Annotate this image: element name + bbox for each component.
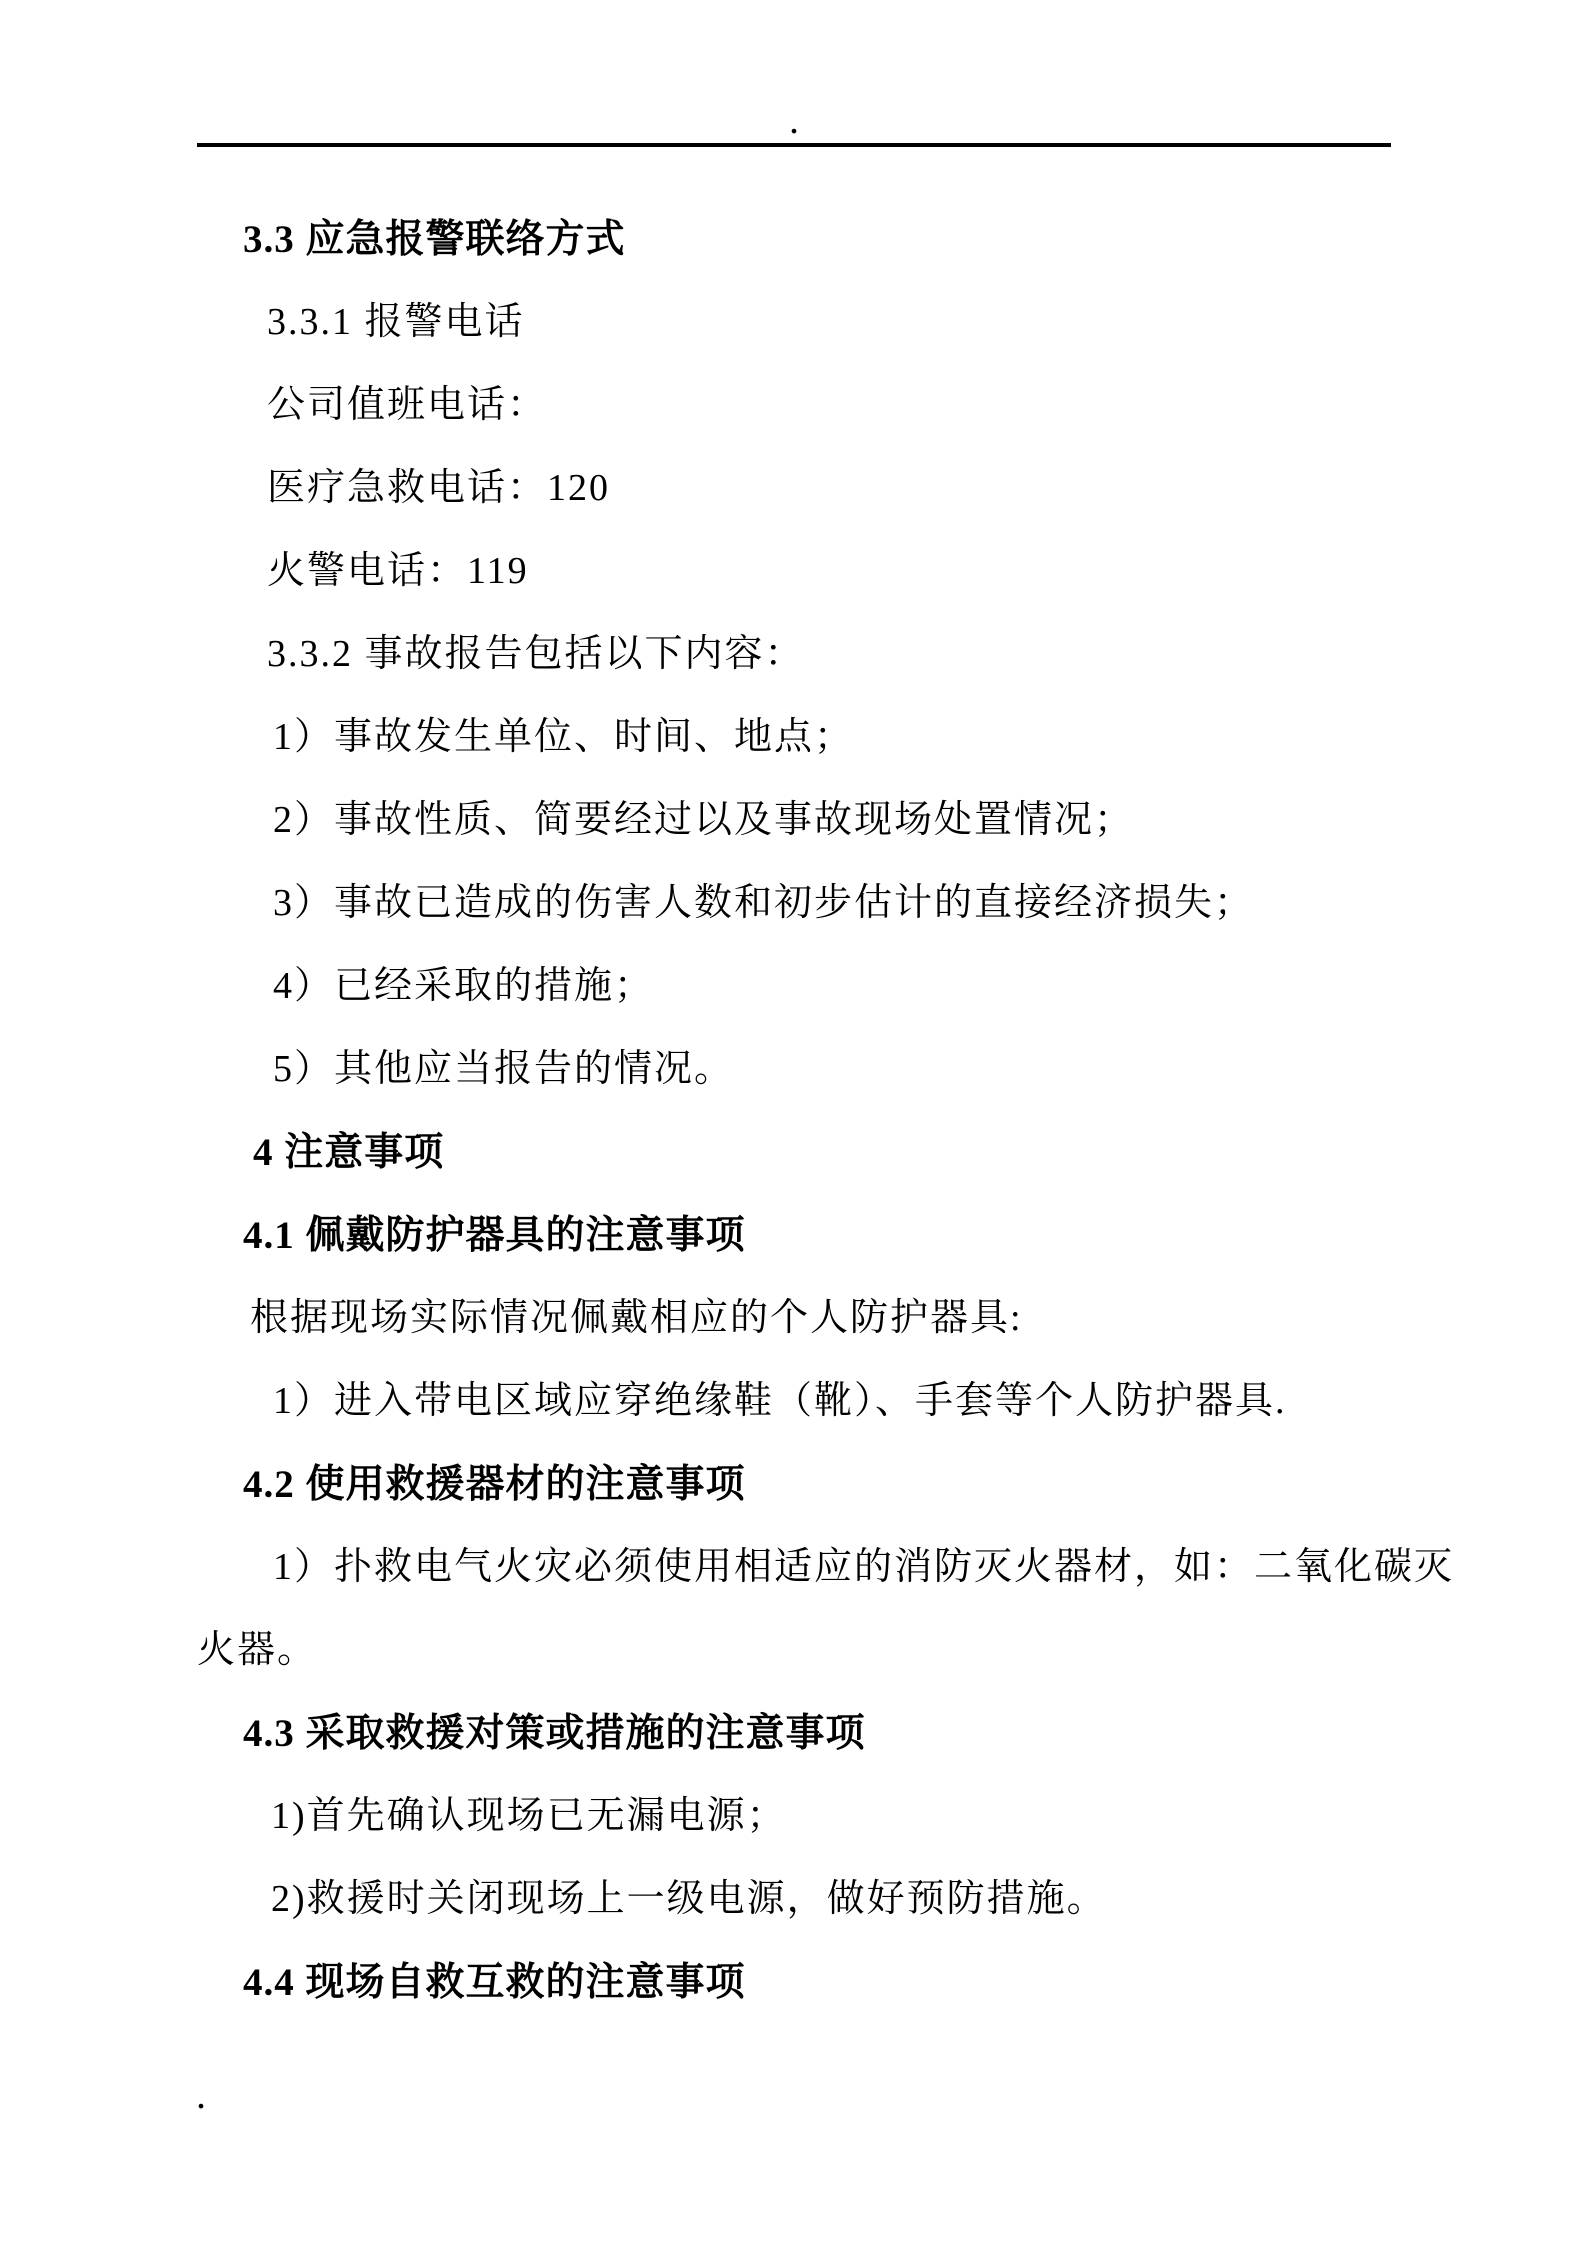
paragraph: 根据现场实际情况佩戴相应的个人防护器具:	[197, 1277, 1391, 1360]
paragraph: 2）事故性质、简要经过以及事故现场处置情况；	[197, 779, 1391, 862]
section-heading: 4.1 佩戴防护器具的注意事项	[197, 1194, 1391, 1277]
header-rule	[197, 143, 1391, 147]
section-heading: 4 注意事项	[197, 1111, 1391, 1194]
document-body: 3.3 应急报警联络方式3.3.1 报警电话公司值班电话：医疗急救电话：120火…	[197, 198, 1391, 2024]
paragraph: 2)救援时关闭现场上一级电源，做好预防措施。	[197, 1858, 1391, 1941]
paragraph: 3.3.1 报警电话	[197, 281, 1391, 364]
paragraph: 公司值班电话：	[197, 364, 1391, 447]
paragraph: 3）事故已造成的伤害人数和初步估计的直接经济损失；	[197, 862, 1391, 945]
paragraph: 火警电话：119	[197, 530, 1391, 613]
paragraph: 1)首先确认现场已无漏电源；	[197, 1775, 1391, 1858]
paragraph: 火器。	[197, 1609, 1391, 1692]
section-heading: 4.3 采取救援对策或措施的注意事项	[197, 1692, 1391, 1775]
paragraph: 3.3.2 事故报告包括以下内容：	[197, 613, 1391, 696]
section-heading: 4.4 现场自救互救的注意事项	[197, 1941, 1391, 2024]
paragraph: 4）已经采取的措施；	[197, 945, 1391, 1028]
paragraph: 医疗急救电话：120	[197, 447, 1391, 530]
document-page: . 3.3 应急报警联络方式3.3.1 报警电话公司值班电话：医疗急救电话：12…	[0, 0, 1587, 2245]
paragraph: 1）扑救电气火灾必须使用相适应的消防灭火器材，如：二氧化碳灭	[197, 1526, 1391, 1609]
section-heading: 3.3 应急报警联络方式	[197, 198, 1391, 281]
footer-stray-period: .	[196, 2075, 206, 2115]
paragraph: 1）事故发生单位、时间、地点；	[197, 696, 1391, 779]
paragraph: 1）进入带电区域应穿绝缘鞋（靴）、手套等个人防护器具.	[197, 1360, 1391, 1443]
header-stray-period: .	[789, 100, 799, 140]
section-heading: 4.2 使用救援器材的注意事项	[197, 1443, 1391, 1526]
paragraph: 5）其他应当报告的情况。	[197, 1028, 1391, 1111]
